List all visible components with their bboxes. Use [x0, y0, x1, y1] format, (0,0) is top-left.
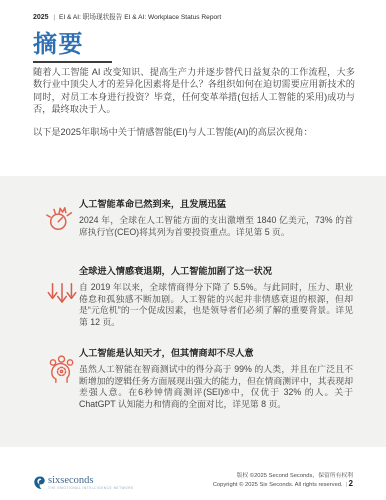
- report-page: 2025 | EI & AI: 职场现状报告 EI & AI: Workplac…: [0, 0, 386, 500]
- stopwatch-launch-icon: [45, 200, 79, 234]
- intro-paragraph: 随着人工智能 AI 改变知识、提高生产力并逐步替代日益复杂的工作流程，大多数行业…: [33, 66, 355, 116]
- header-divider: |: [53, 14, 55, 21]
- head-gears-icon: [45, 353, 79, 387]
- logo-swirl-icon: [33, 475, 46, 491]
- running-header: 2025 | EI & AI: 职场现状报告 EI & AI: Workplac…: [33, 11, 353, 21]
- highlight-body: 2024 年，全球在人工智能方面的支出激增至 1840 亿美元，73% 的首席执…: [79, 215, 353, 238]
- copyright-en: Copyright © 2025 Six Seconds. All rights…: [213, 482, 343, 488]
- lead-in-paragraph: 以下是2025年职场中关于情感智能(EI)与人工智能(AI)的高层次视角：: [33, 124, 355, 138]
- report-year: 2025: [33, 14, 49, 21]
- highlight-item-ai-eq: 人工智能是认知天才，但其情商却不尽人意 虽然人工智能在智商测试中的得分高于 99…: [45, 345, 353, 410]
- page-number: 2: [349, 479, 353, 488]
- highlight-item-ai-revolution: 人工智能革命已然到来，且发展迅猛 2024 年，全球在人工智能方面的支出激增至 …: [45, 196, 353, 238]
- highlight-heading: 人工智能革命已然到来，且发展迅猛: [79, 196, 353, 210]
- logo-tagline: The Emotional Intelligence Network: [48, 486, 134, 490]
- sixseconds-logo: sixseconds The Emotional Intelligence Ne…: [33, 475, 134, 491]
- highlight-heading: 人工智能是认知天才，但其情商却不尽人意: [79, 345, 353, 359]
- report-title: EI & AI: 职场现状报告 EI & AI: Workplace Statu…: [59, 14, 221, 21]
- triple-down-arrows-icon: [45, 279, 79, 313]
- highlight-body: 自 2019 年以来，全球情商得分下降了 5.5%。与此同时，压力、职业倦怠和孤…: [79, 282, 353, 328]
- highlight-heading: 全球进入情感衰退期，人工智能加剧了这一状况: [79, 263, 353, 277]
- page-number-divider: |: [346, 482, 348, 488]
- page-title: 摘要: [33, 24, 84, 59]
- highlights-panel: 人工智能革命已然到来，且发展迅猛 2024 年，全球在人工智能方面的支出激增至 …: [0, 176, 386, 447]
- copyright-block: 版权 ©2025 Second Seconds，保留所有权利 Copyright…: [213, 473, 353, 490]
- logo-text: sixseconds: [48, 475, 134, 486]
- highlight-item-emotional-recession: 全球进入情感衰退期，人工智能加剧了这一状况 自 2019 年以来，全球情商得分下…: [45, 263, 353, 328]
- copyright-zh: 版权 ©2025 Second Seconds，保留所有权利: [213, 473, 353, 481]
- highlight-body: 虽然人工智能在智商测试中的得分高于 99% 的人类，并且在广泛且不断增加的逻辑任…: [79, 364, 353, 410]
- title-underline: [33, 61, 112, 63]
